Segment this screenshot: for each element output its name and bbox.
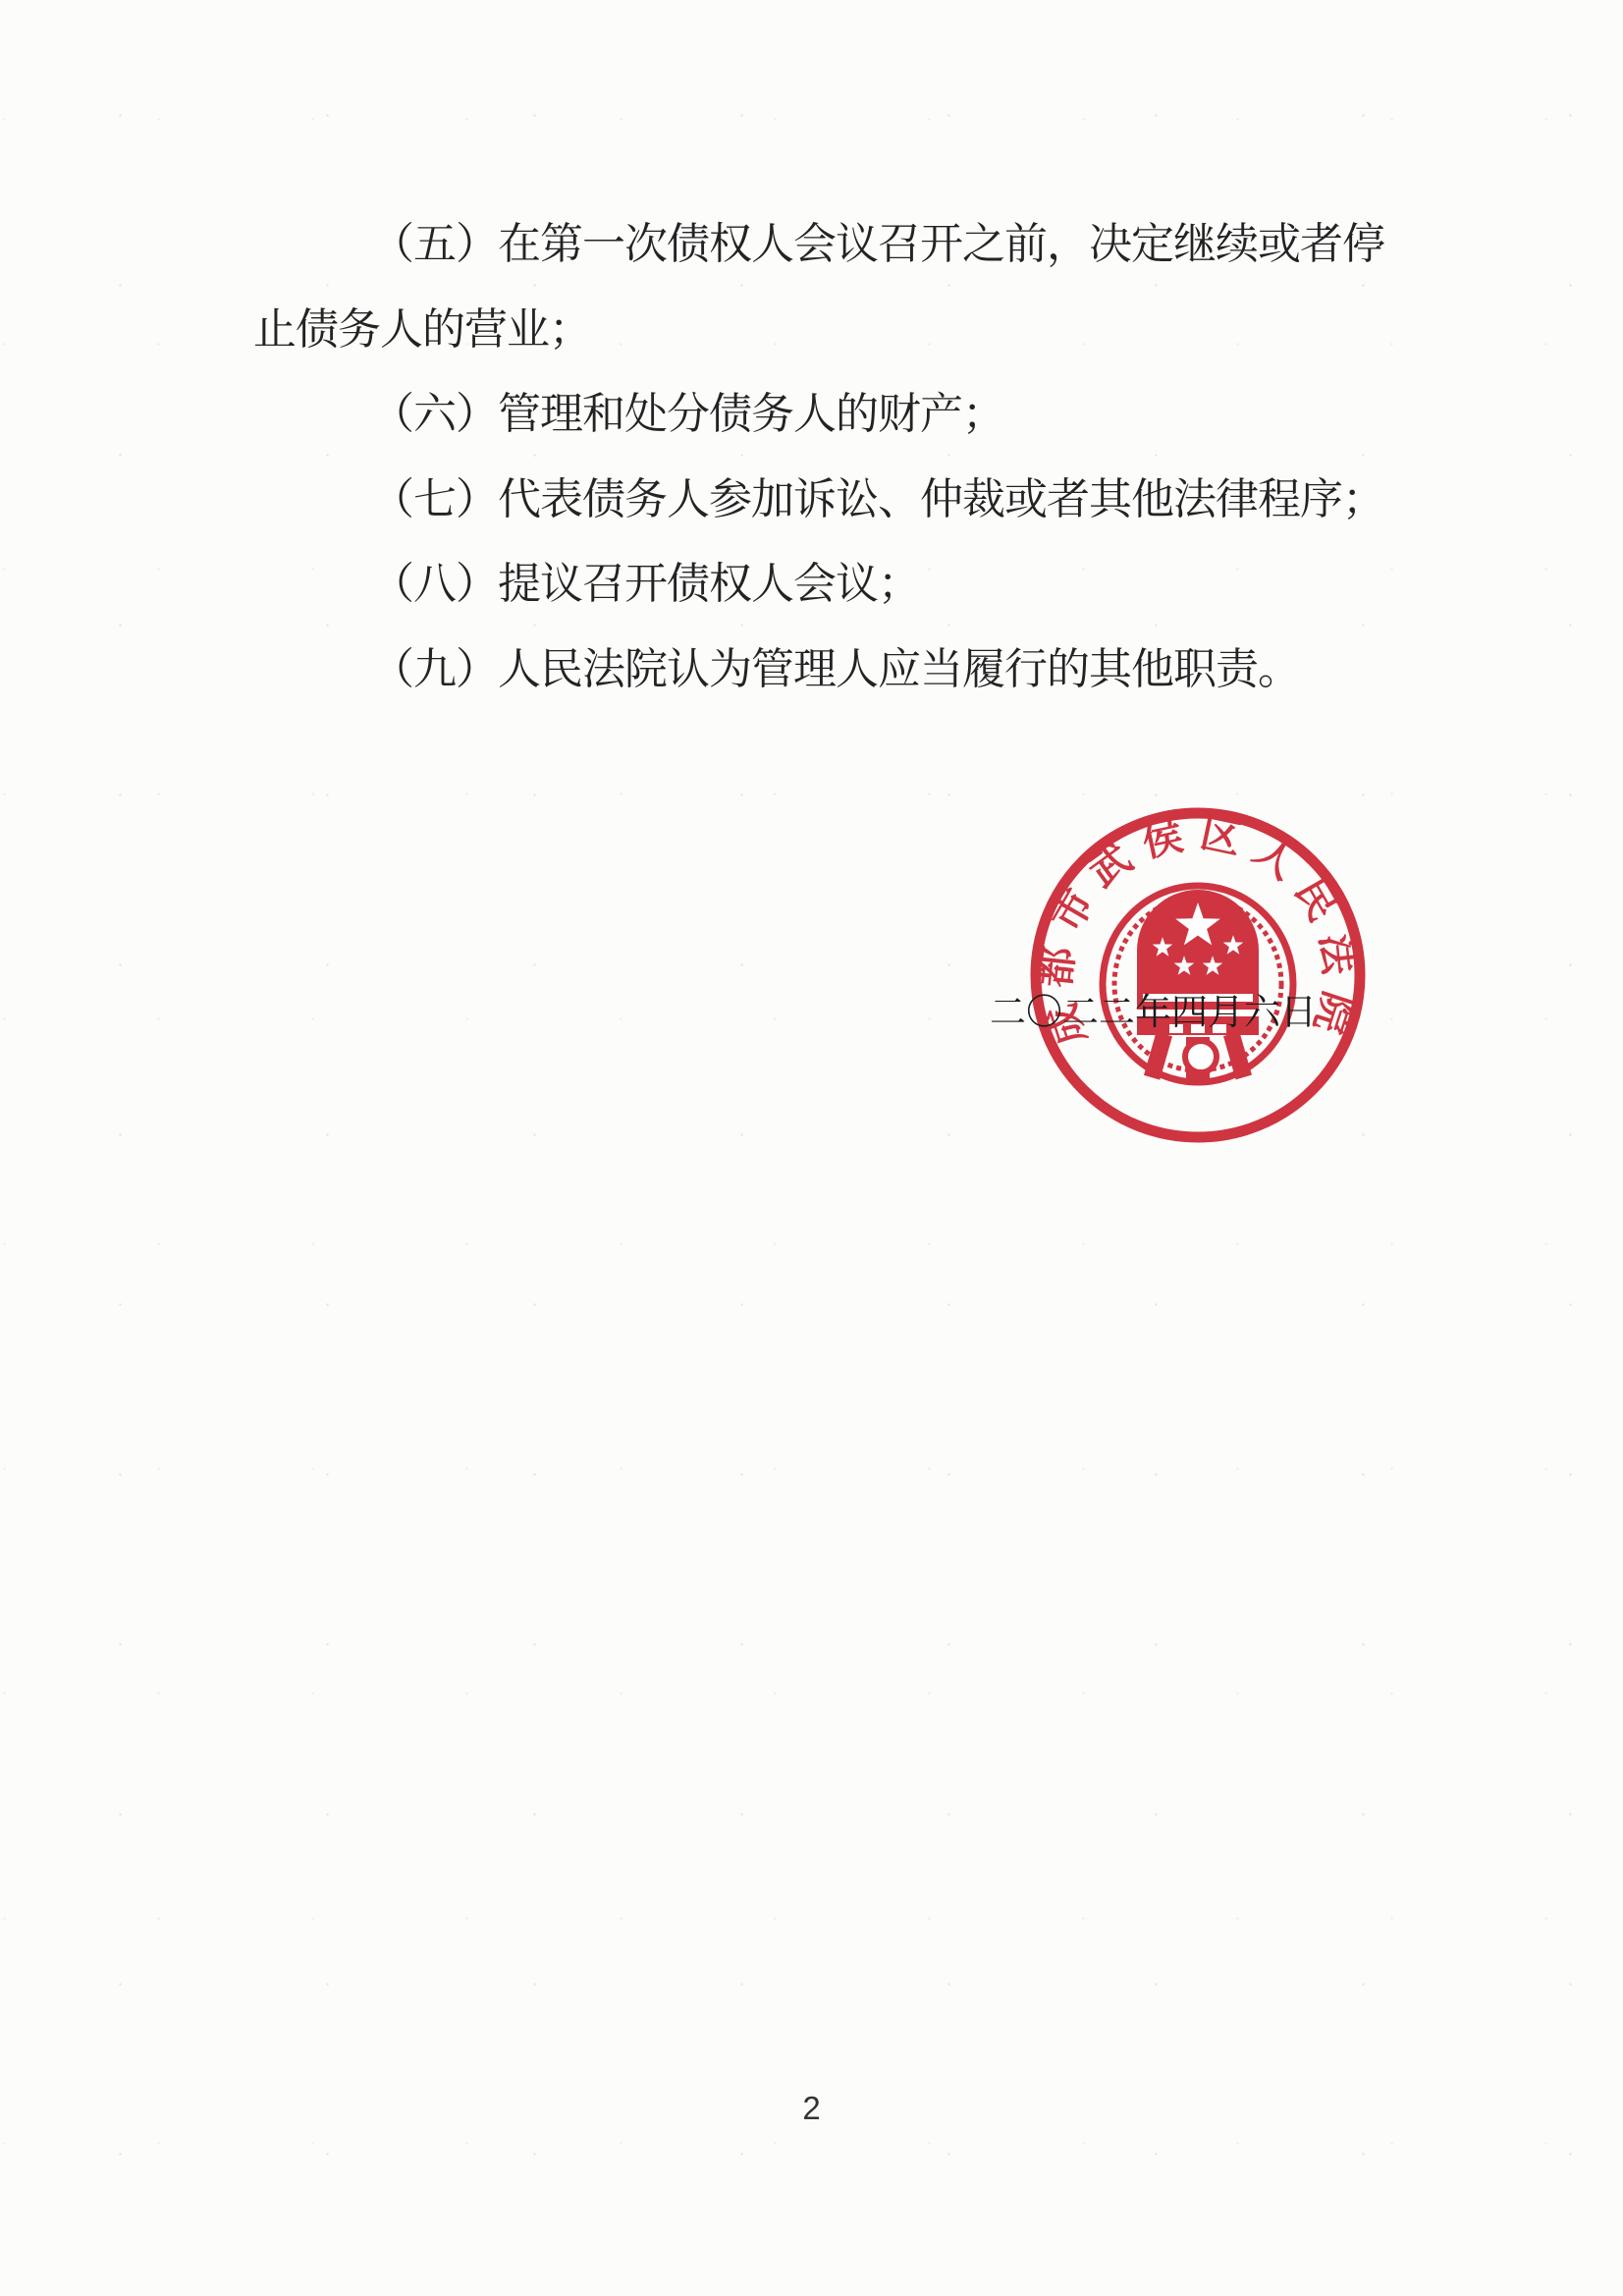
document-page: （五）在第一次债权人会议召开之前，决定继续或者停 止债务人的营业； （六）管理和… [0, 0, 1623, 2296]
clause-line-5: （五）在第一次债权人会议召开之前，决定继续或者停 [253, 202, 1520, 288]
court-seal-graphic: 成都市武侯区人民法院 [1024, 801, 1372, 1149]
clause-line-8: （八）提议召开债权人会议； [253, 542, 1520, 628]
document-body: （五）在第一次债权人会议召开之前，决定继续或者停 止债务人的营业； （六）管理和… [253, 202, 1520, 712]
court-seal-stamp: 成都市武侯区人民法院 [1024, 801, 1372, 1149]
clause-line-5-cont: 止债务人的营业； [253, 288, 1520, 373]
clause-line-7: （七）代表债务人参加诉讼、仲裁或者其他法律程序； [253, 458, 1520, 543]
clause-line-6: （六）管理和处分债务人的财产； [253, 372, 1520, 458]
page-number: 2 [0, 2090, 1623, 2127]
clause-line-9: （九）人民法院认为管理人应当履行的其他职责。 [253, 628, 1520, 713]
decision-date: 二〇二二年四月六日 [990, 982, 1317, 1035]
